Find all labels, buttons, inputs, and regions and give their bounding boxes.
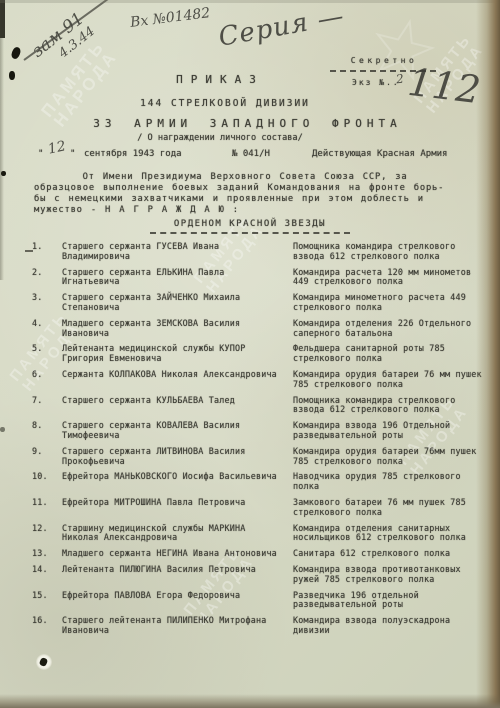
item-position: Командира взвода полуэскадрона дивизии xyxy=(293,616,490,636)
item-number: 9. xyxy=(32,447,56,467)
division-line: 144 СТРЕЛКОВОЙ ДИВИЗИИ xyxy=(105,98,345,109)
item-rank-and-name: Старшину медицинской службы МАРКИНА Нико… xyxy=(62,524,287,544)
item-rank-and-name: Старшего лейтенанта ПИЛИПЕНКО Митрофана … xyxy=(62,616,287,636)
item-rank-and-name: Лейтенанта медицинской службы КУПОР Григ… xyxy=(62,344,287,364)
item-number: 13. xyxy=(32,549,56,559)
item-rank-and-name: Ефрейтора МИТРОШИНА Павла Петровича xyxy=(62,498,287,518)
item-number: 15. xyxy=(32,591,56,611)
army-line: 33 АРМИИ ЗАПАДНОГО ФРОНТА xyxy=(35,117,460,130)
award-heading: ОРДЕНОМ КРАСНОЙ ЗВЕЗДЫ xyxy=(150,219,350,234)
item-position: Разведчика 196 отдельной разведывательно… xyxy=(293,591,490,611)
award-list-item: 3. Старшего сержанта ЗАЙЧЕНКО Михаила Ст… xyxy=(32,293,490,313)
date-quote-open: " xyxy=(38,149,43,159)
scanned-order-page: { "doc": { "classification": { "secret":… xyxy=(0,0,500,708)
award-list-item: 7. Старшего сержанта КУЛЬБАЕВА Талед Пом… xyxy=(32,396,490,416)
paper-hole xyxy=(36,654,52,670)
preamble-text: От Имени Президиума Верховного Совета Со… xyxy=(34,172,484,216)
item-number: 7. xyxy=(32,396,56,416)
item-rank-and-name: Старшего сержанта ГУСЕВА Ивана Владимиро… xyxy=(62,242,287,262)
item-position: Фельдшера санитарной роты 785 стрелковог… xyxy=(293,344,490,364)
pencil-tick xyxy=(25,250,33,252)
award-list-item: 8. Старшего сержанта КОВАЛЕВА Василия Ти… xyxy=(32,421,490,441)
award-list-item: 12. Старшину медицинской службы МАРКИНА … xyxy=(32,524,490,544)
scan-edge-top xyxy=(0,0,500,3)
date-text: сентября 1943 года xyxy=(84,149,182,159)
scan-artifact xyxy=(9,71,15,80)
order-number: № 041/Н xyxy=(232,149,270,159)
scan-edge-left xyxy=(0,0,4,280)
award-list-item: 2. Старшего сержанта ЕЛЬКИНА Павла Игнат… xyxy=(32,268,490,288)
item-position: Командира взвода 196 Отдельной разведыва… xyxy=(293,421,490,441)
item-number: 14. xyxy=(32,565,56,585)
award-list-item: 11. Ефрейтора МИТРОШИНА Павла Петровича … xyxy=(32,498,490,518)
item-position: Замкового батареи 76 мм пушек 785 стрелк… xyxy=(293,498,490,518)
item-rank-and-name: Младшего сержанта ЗЕМСКОВА Василия Ивано… xyxy=(62,319,287,339)
item-number: 3. xyxy=(32,293,56,313)
item-number: 11. xyxy=(32,498,56,518)
item-rank-and-name: Старшего сержанта ЛИТВИНОВА Василия Прок… xyxy=(62,447,287,467)
item-position: Командира отделения 226 Отдельного сапер… xyxy=(293,319,490,339)
item-rank-and-name: Ефрейтора МАНЬКОВСКОГО Иосифа Васильевич… xyxy=(62,472,287,492)
item-rank-and-name: Старшего сержанта КУЛЬБАЕВА Талед xyxy=(62,396,287,416)
item-position: Санитара 612 стрелкового полка xyxy=(293,549,490,559)
item-rank-and-name: Лейтенанта ПИЛЮГИНА Василия Петровича xyxy=(62,565,287,585)
award-list-item: 4. Младшего сержанта ЗЕМСКОВА Василия Ив… xyxy=(32,319,490,339)
item-position: Помощника командира стрелкового взвода 6… xyxy=(293,396,490,416)
award-list-item: 15. Ефрейтора ПАВЛОВА Егора Федоровича Р… xyxy=(32,591,490,611)
item-position: Командира орудия батареи 76 мм пушек 785… xyxy=(293,370,490,390)
item-number: 10. xyxy=(32,472,56,492)
item-rank-and-name: Сержанта КОЛПАКОВА Николая Александрович… xyxy=(62,370,287,390)
subject-line: / О награждении личного состава/ xyxy=(85,133,355,143)
item-number: 1. xyxy=(32,242,56,262)
date-quote-close: " xyxy=(70,149,75,159)
item-rank-and-name: Старшего сержанта ЗАЙЧЕНКО Михаила Степа… xyxy=(62,293,287,313)
award-list-item: 14. Лейтенанта ПИЛЮГИНА Василия Петрович… xyxy=(32,565,490,585)
award-list-item: 6. Сержанта КОЛПАКОВА Николая Александро… xyxy=(32,370,490,390)
award-list-item: 5. Лейтенанта медицинской службы КУПОР Г… xyxy=(32,344,490,364)
award-list-item: 16. Старшего лейтенанта ПИЛИПЕНКО Митроф… xyxy=(32,616,490,636)
scan-artifact xyxy=(0,427,5,432)
item-rank-and-name: Ефрейтора ПАВЛОВА Егора Федоровича xyxy=(62,591,287,611)
item-rank-and-name: Младшего сержанта НЕГИНА Ивана Антонович… xyxy=(62,549,287,559)
award-list-item: 10. Ефрейтора МАНЬКОВСКОГО Иосифа Василь… xyxy=(32,472,490,492)
item-number: 12. xyxy=(32,524,56,544)
item-position: Помощника командира стрелкового взвода 6… xyxy=(293,242,490,262)
item-position: Командира орудия батареи 76мм пушек 785 … xyxy=(293,447,490,467)
item-position: Командира взвода противотанковых ружей 7… xyxy=(293,565,490,585)
award-list: 1. Старшего сержанта ГУСЕВА Ивана Владим… xyxy=(32,242,490,642)
item-position: Наводчика орудия 785 стрелкового полка xyxy=(293,472,490,492)
item-rank-and-name: Старшего сержанта КОВАЛЕВА Василия Тимоф… xyxy=(62,421,287,441)
item-number: 6. xyxy=(32,370,56,390)
order-title: ПРИКАЗ xyxy=(130,73,310,86)
item-position: Командира отделения санитарных носильщик… xyxy=(293,524,490,544)
item-number: 16. xyxy=(32,616,56,636)
item-position: Командира минометного расчета 449 стрелк… xyxy=(293,293,490,313)
item-number: 4. xyxy=(32,319,56,339)
item-number: 8. xyxy=(32,421,56,441)
item-number: 5. xyxy=(32,344,56,364)
award-list-item: 13. Младшего сержанта НЕГИНА Ивана Антон… xyxy=(32,549,490,559)
award-list-item: 9. Старшего сержанта ЛИТВИНОВА Василия П… xyxy=(32,447,490,467)
copy-number-label: Экз №.. xyxy=(352,78,400,87)
item-number: 2. xyxy=(32,268,56,288)
item-position: Командира расчета 120 мм минометов 449 с… xyxy=(293,268,490,288)
award-list-item: 1. Старшего сержанта ГУСЕВА Ивана Владим… xyxy=(32,242,490,262)
scan-edge-bottom xyxy=(0,694,500,708)
item-rank-and-name: Старшего сержанта ЕЛЬКИНА Павла Игнатьев… xyxy=(62,268,287,288)
page-number-handwritten: 112 xyxy=(406,60,483,113)
army-status: Действующая Красная Армия xyxy=(312,149,447,159)
scan-edge-right xyxy=(476,0,500,708)
copy-number-handwritten: 2 xyxy=(395,72,404,87)
